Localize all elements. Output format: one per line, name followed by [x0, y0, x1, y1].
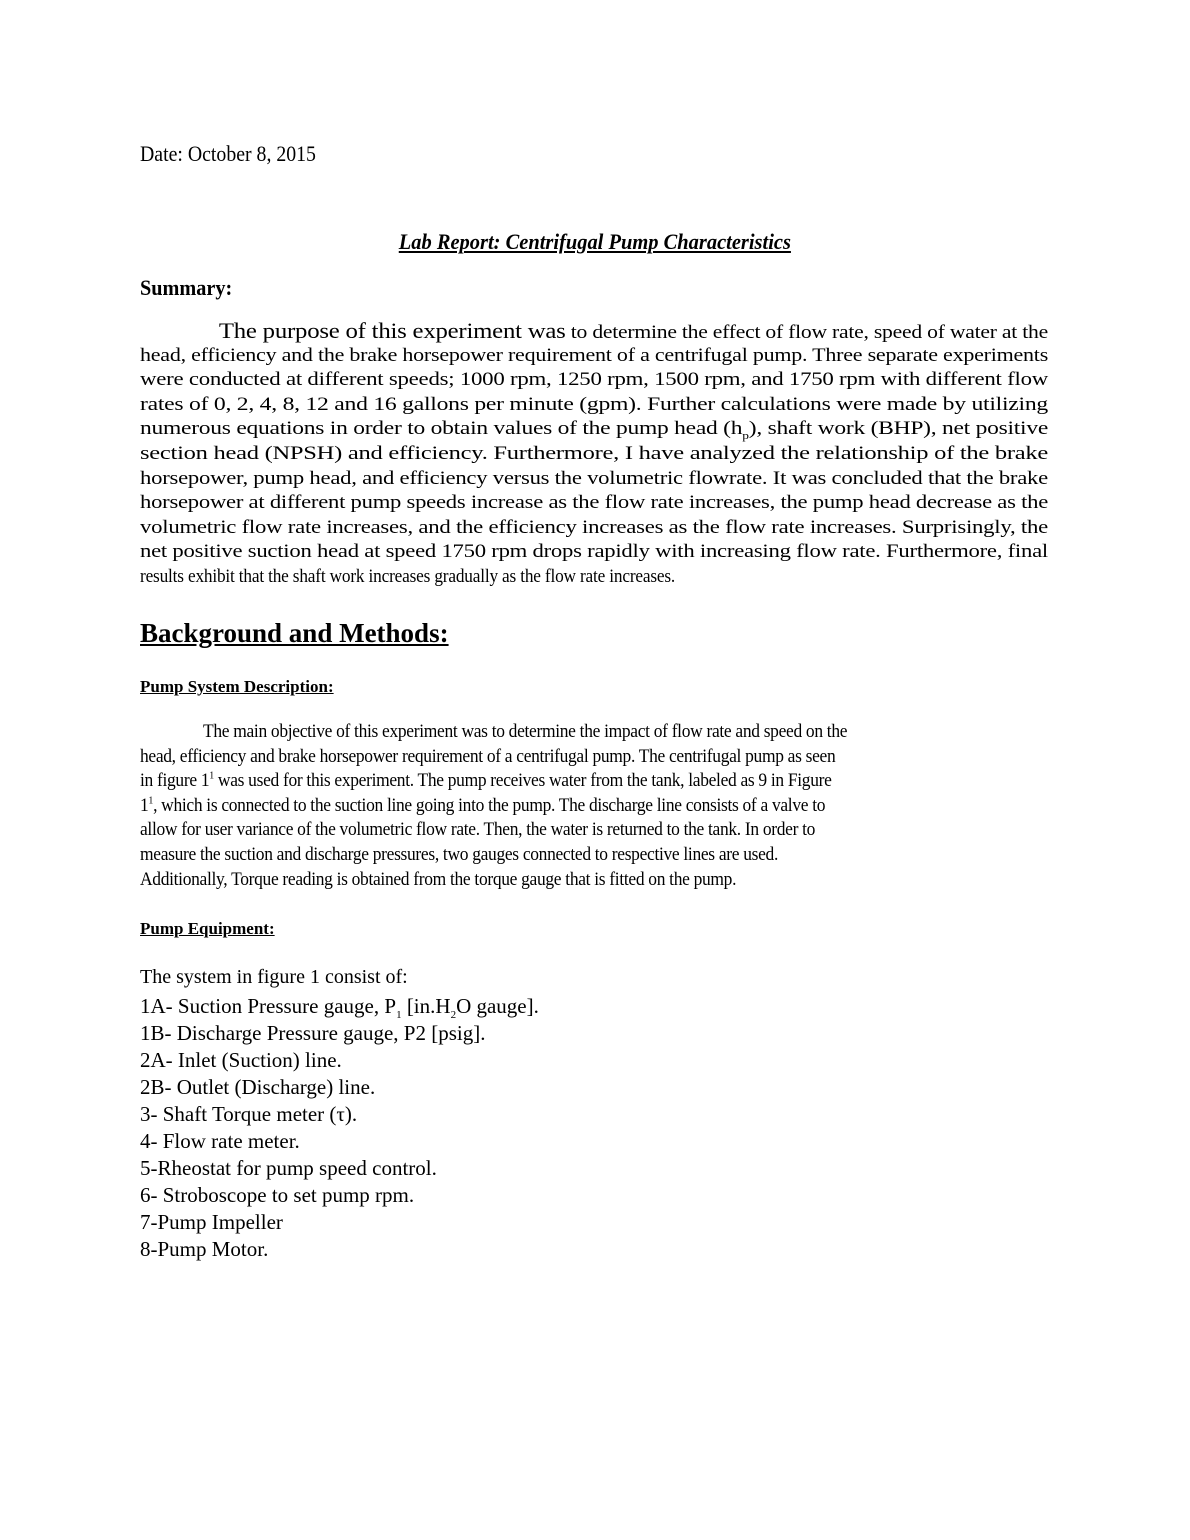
report-date: Date: October 8, 2015	[140, 141, 336, 167]
pump-system-line: allow for user variance of the volumetri…	[140, 818, 1050, 843]
background-methods-heading: Background and Methods:	[140, 618, 449, 649]
summary-line: The purpose of this experiment was to de…	[140, 319, 1048, 344]
equipment-item: 3- Shaft Torque meter (τ).	[140, 1101, 539, 1128]
pump-system-line: 11, which is connected to the suction li…	[140, 794, 1050, 819]
document-page: Date: October 8, 2015 Lab Report: Centri…	[0, 0, 1190, 1540]
pump-system-line: in figure 11 was used for this experimen…	[140, 769, 1050, 794]
equipment-item: 5-Rheostat for pump speed control.	[140, 1155, 539, 1182]
equipment-item: 6- Stroboscope to set pump rpm.	[140, 1182, 539, 1209]
pump-system-line: Additionally, Torque reading is obtained…	[140, 868, 1050, 893]
summary-line: horsepower, pump head, and efficiency ve…	[140, 467, 1048, 492]
equipment-item: 1A- Suction Pressure gauge, P1 [in.H2O g…	[140, 993, 539, 1020]
summary-line: section head (NPSH) and efficiency. Furt…	[140, 442, 1048, 467]
summary-line: net positive suction head at speed 1750 …	[140, 540, 1048, 565]
summary-line: rates of 0, 2, 4, 8, 12 and 16 gallons p…	[140, 393, 1048, 418]
summary-line: head, efficiency and the brake horsepowe…	[140, 344, 1048, 369]
equipment-item: 2B- Outlet (Discharge) line.	[140, 1074, 539, 1101]
pump-system-line: The main objective of this experiment wa…	[140, 720, 1050, 745]
summary-paragraph: The purpose of this experiment was to de…	[140, 319, 1048, 590]
equipment-list: 1A- Suction Pressure gauge, P1 [in.H2O g…	[140, 993, 539, 1263]
pump-system-paragraph: The main objective of this experiment wa…	[140, 720, 1050, 892]
pump-equipment-heading: Pump Equipment:	[140, 919, 275, 939]
equipment-item: 7-Pump Impeller	[140, 1209, 539, 1236]
pump-system-line: head, efficiency and brake horsepower re…	[140, 745, 1050, 770]
equipment-item: 1B- Discharge Pressure gauge, P2 [psig].	[140, 1020, 539, 1047]
summary-line: numerous equations in order to obtain va…	[140, 417, 1048, 442]
equipment-intro: The system in figure 1 consist of:	[140, 966, 408, 989]
pump-system-heading: Pump System Description:	[140, 677, 334, 697]
summary-line: horsepower at different pump speeds incr…	[140, 491, 1048, 516]
pump-system-line: measure the suction and discharge pressu…	[140, 843, 1050, 868]
equipment-item: 8-Pump Motor.	[140, 1236, 539, 1263]
summary-line: volumetric flow rate increases, and the …	[140, 516, 1048, 541]
report-title: Lab Report: Centrifugal Pump Characteris…	[0, 229, 1190, 255]
summary-line: results exhibit that the shaft work incr…	[140, 565, 1048, 590]
equipment-item: 4- Flow rate meter.	[140, 1128, 539, 1155]
equipment-item: 2A- Inlet (Suction) line.	[140, 1047, 539, 1074]
summary-line: were conducted at different speeds; 1000…	[140, 368, 1048, 393]
summary-heading: Summary:	[140, 275, 240, 301]
